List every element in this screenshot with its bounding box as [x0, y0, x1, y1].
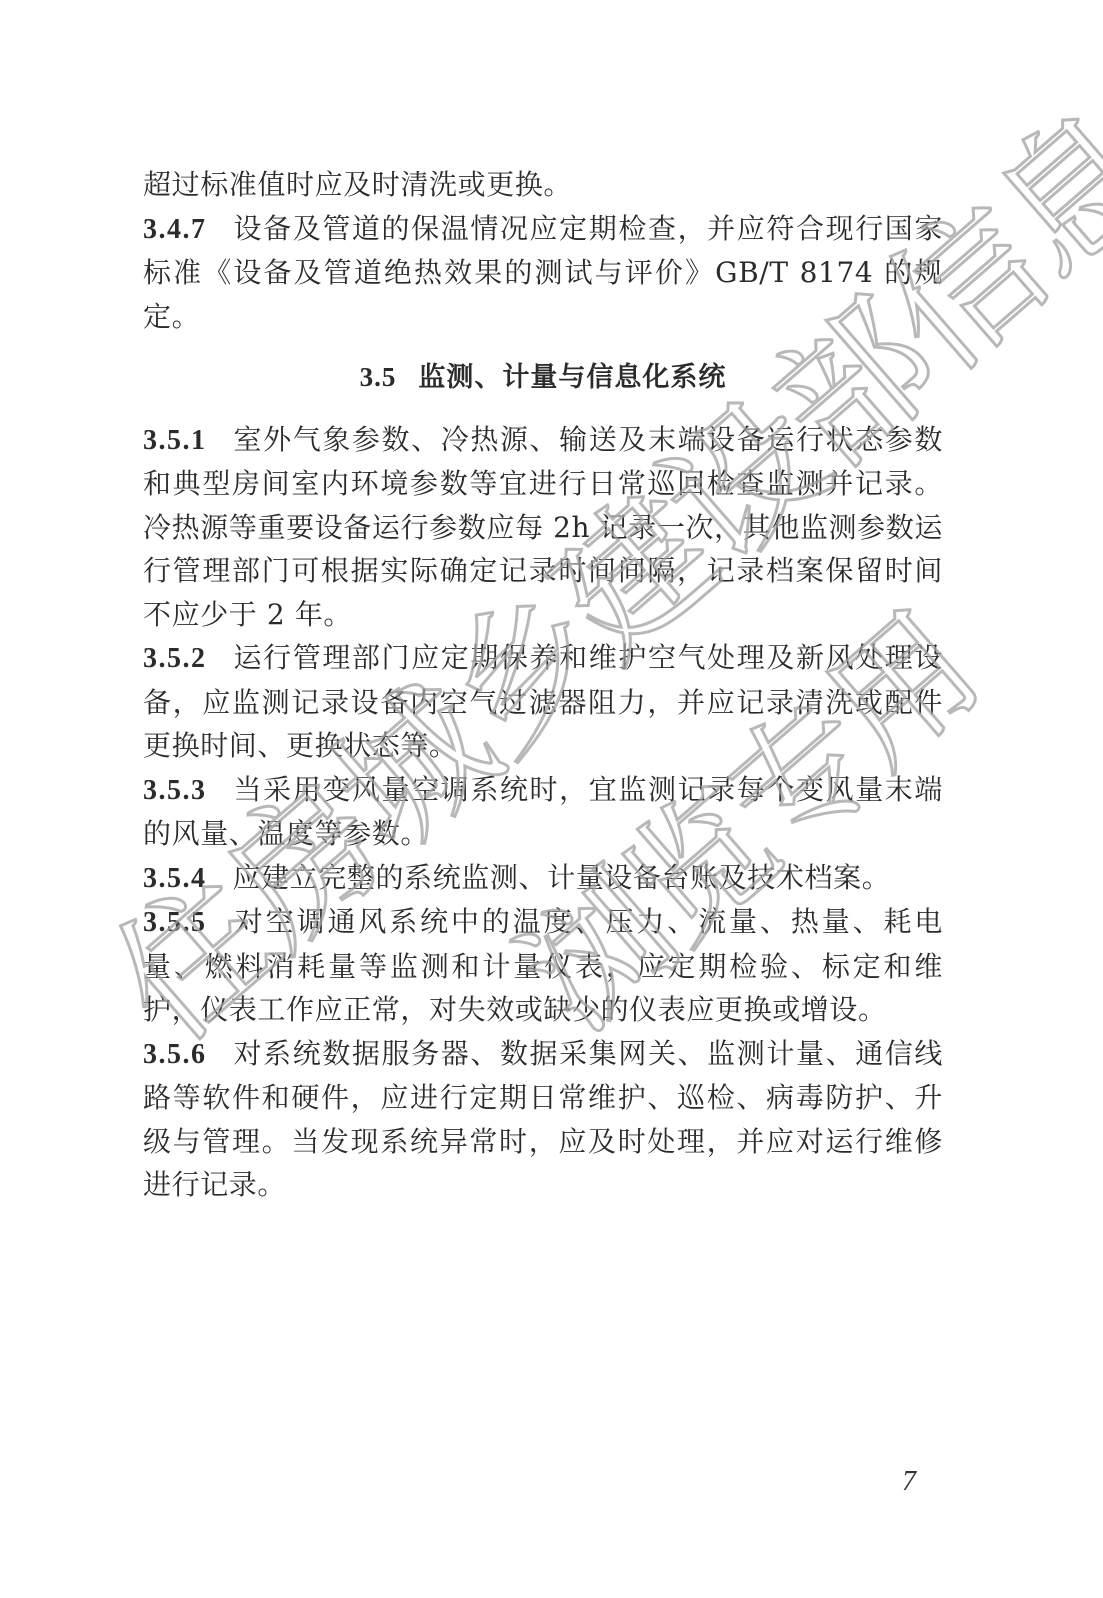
page-number: 7 — [902, 1466, 916, 1498]
clause-number: 3.5.4 — [143, 863, 207, 894]
clause-3-5-4: 3.5.4应建立完整的系统监测、计量设备台账及技术档案。 — [143, 856, 943, 901]
clause-text: 当采用变风量空调系统时，宜监测记录每个变风量末端的风量、温度等参数。 — [143, 773, 943, 851]
clause-text: 对空调通风系统中的温度、压力、流量、热量、耗电量、燃料消耗量等监测和计量仪表，应… — [143, 905, 943, 1026]
clause-3-5-2: 3.5.2运行管理部门应定期保养和维护空气处理及新风处理设备，应监测记录设备内空… — [143, 636, 943, 768]
document-page: 超过标准值时应及时清洗或更换。 3.4.7设备及管道的保温情况应定期检查，并应符… — [0, 0, 1103, 1598]
clause-number: 3.5.3 — [143, 775, 207, 806]
continuation-paragraph: 超过标准值时应及时清洗或更换。 — [143, 163, 943, 207]
clause-3-4-7: 3.4.7设备及管道的保温情况应定期检查，并应符合现行国家标准《设备及管道绝热效… — [143, 207, 943, 339]
clause-number: 3.5.6 — [143, 1039, 207, 1070]
page-content: 超过标准值时应及时清洗或更换。 3.4.7设备及管道的保温情况应定期检查，并应符… — [143, 163, 943, 1207]
clause-3-5-5: 3.5.5对空调通风系统中的温度、压力、流量、热量、耗电量、燃料消耗量等监测和计… — [143, 900, 943, 1032]
clause-3-5-3: 3.5.3当采用变风量空调系统时，宜监测记录每个变风量末端的风量、温度等参数。 — [143, 768, 943, 856]
section-number: 3.5 — [360, 362, 397, 392]
clause-number: 3.5.2 — [143, 643, 207, 674]
section-heading: 3.5监测、计量与信息化系统 — [143, 356, 943, 400]
clause-number: 3.4.7 — [143, 214, 207, 245]
clause-text: 室外气象参数、冷热源、输送及末端设备运行状态参数和典型房间室内环境参数等宜进行日… — [143, 423, 943, 631]
section-title: 监测、计量与信息化系统 — [418, 362, 726, 393]
clause-text: 设备及管道的保温情况应定期检查，并应符合现行国家标准《设备及管道绝热效果的测试与… — [143, 212, 943, 333]
clause-number: 3.5.5 — [143, 907, 207, 938]
clause-3-5-6: 3.5.6对系统数据服务器、数据采集网关、监测计量、通信线路等软件和硬件，应进行… — [143, 1032, 943, 1207]
clause-text: 对系统数据服务器、数据采集网关、监测计量、通信线路等软件和硬件，应进行定期日常维… — [143, 1037, 943, 1202]
clause-3-5-1: 3.5.1室外气象参数、冷热源、输送及末端设备运行状态参数和典型房间室内环境参数… — [143, 418, 943, 637]
clause-number: 3.5.1 — [143, 425, 207, 456]
clause-text: 运行管理部门应定期保养和维护空气处理及新风处理设备，应监测记录设备内空气过滤器阻… — [143, 641, 943, 762]
clause-text: 应建立完整的系统监测、计量设备台账及技术档案。 — [233, 861, 891, 894]
